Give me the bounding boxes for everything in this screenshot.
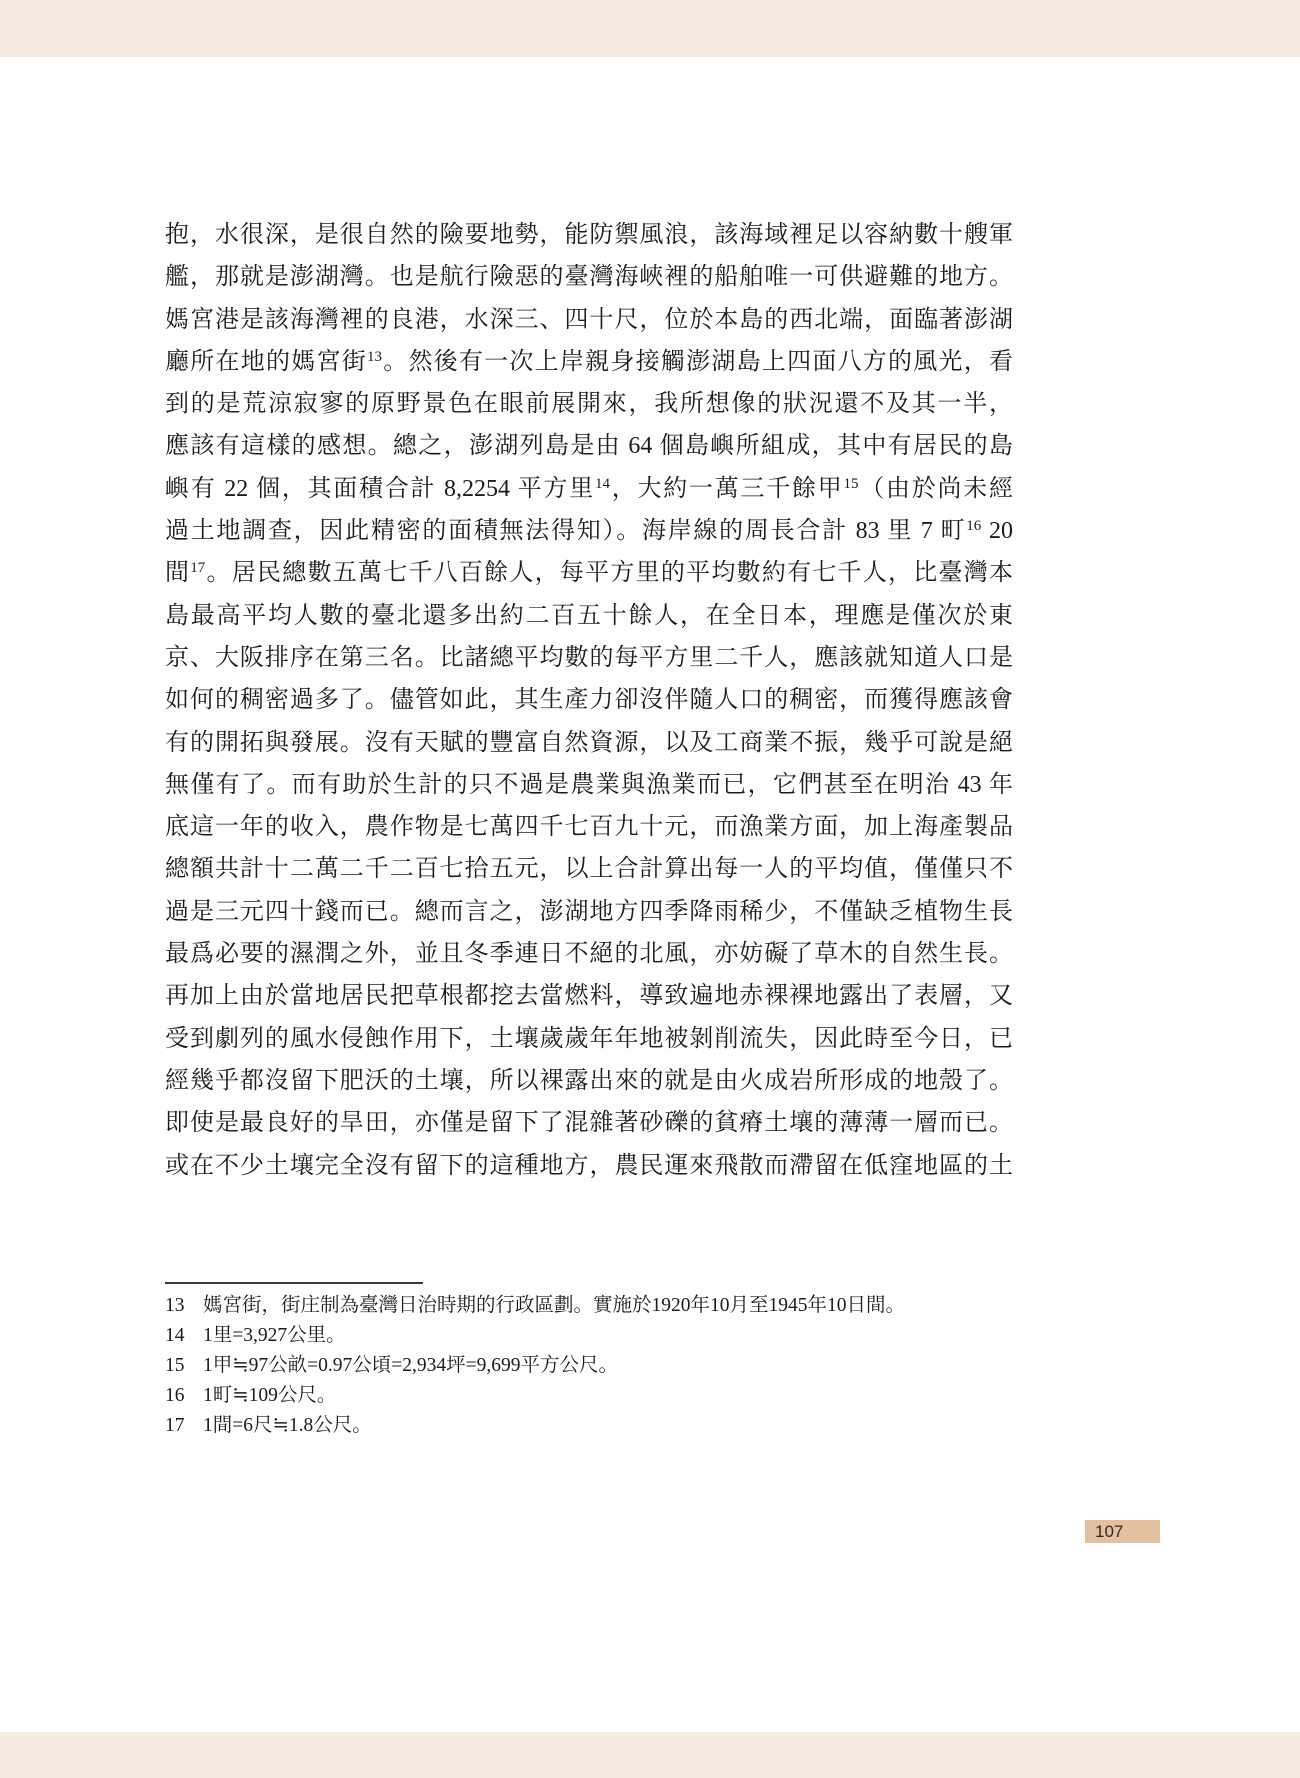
footnote-number: 17 [165,1411,203,1441]
footnote-ref: 16 [966,518,981,534]
body-line: 總額共計十二萬二千二百七拾五元，以上合計算出每一人的平均值，僅僅只不 [165,848,1013,890]
body-line: 到的是荒涼寂寥的原野景色在眼前展開來，我所想像的狀況還不及其一半， [165,383,1013,425]
body-line: 過是三元四十錢而已。總而言之，澎湖地方四季降雨稀少，不僅缺乏植物生長 [165,891,1013,933]
body-line: 經幾乎都沒留下肥沃的土壤，所以裸露出來的就是由火成岩所形成的地殼了。 [165,1060,1013,1102]
footnote-text: 1里=3,927公里。 [203,1321,1025,1351]
footnote-number: 15 [165,1351,203,1381]
footnote-number: 14 [165,1321,203,1351]
footnote-number: 13 [165,1291,203,1321]
footnote-item: 151甲≒97公畝=0.97公頃=2,934坪=9,699平方公尺。 [165,1351,1025,1381]
footnote-item: 171間=6尺≒1.8公尺。 [165,1411,1025,1441]
footnote-separator-rule [165,1282,423,1284]
body-line: 嶼有 22 個，其面積合計 8,2254 平方里14，大約一萬三千餘甲15（由於… [165,468,1013,510]
footnote-item: 141里=3,927公里。 [165,1321,1025,1351]
body-paragraph: 抱，水很深，是很自然的險要地勢，能防禦風浪，該海域裡足以容納數十艘軍艦，那就是澎… [165,214,1013,1187]
footnote-text: 1間=6尺≒1.8公尺。 [203,1411,1025,1441]
footnote-text: 1甲≒97公畝=0.97公頃=2,934坪=9,699平方公尺。 [203,1351,1025,1381]
footnote-ref: 13 [367,349,382,365]
footnote-item: 161町≒109公尺。 [165,1381,1025,1411]
body-line: 或在不少土壤完全沒有留下的這種地方，農民運來飛散而滯留在低窪地區的土 [165,1145,1013,1187]
footnote-ref: 17 [190,560,205,576]
footnotes: 13媽宮街，街庄制為臺灣日治時期的行政區劃。實施於1920年10月至1945年1… [165,1291,1025,1441]
top-margin-band [0,0,1300,57]
body-line: 有的開拓與發展。沒有天賦的豐富自然資源，以及工商業不振，幾乎可說是絕 [165,722,1013,764]
body-line: 應該有這樣的感想。總之，澎湖列島是由 64 個島嶼所組成，其中有居民的島 [165,425,1013,467]
footnote-item: 13媽宮街，街庄制為臺灣日治時期的行政區劃。實施於1920年10月至1945年1… [165,1291,1025,1321]
footnote-ref: 14 [595,476,610,492]
body-line: 廳所在地的媽宮街13。然後有一次上岸親身接觸澎湖島上四面八方的風光，看 [165,341,1013,383]
page-number: 107 [1095,1522,1123,1542]
body-line: 再加上由於當地居民把草根都挖去當燃料，導致遍地赤裸裸地露出了表層，又 [165,975,1013,1017]
body-line: 過土地調查，因此精密的面積無法得知）。海岸線的周長合計 83 里 7 町16 2… [165,510,1013,552]
footnote-text: 1町≒109公尺。 [203,1381,1025,1411]
footnote-number: 16 [165,1381,203,1411]
body-line: 無僅有了。而有助於生計的只不過是農業與漁業而已，它們甚至在明治 43 年 [165,764,1013,806]
footnote-text: 媽宮街，街庄制為臺灣日治時期的行政區劃。實施於1920年10月至1945年10日… [203,1291,1025,1321]
body-line: 最爲必要的濕潤之外，並且冬季連日不絕的北風，亦妨礙了草木的自然生長。 [165,933,1013,975]
bottom-margin-band [0,1732,1300,1778]
footnote-ref: 15 [844,476,859,492]
page-number-badge: 107 [1085,1520,1160,1543]
body-line: 媽宮港是該海灣裡的良港，水深三、四十尺，位於本島的西北端，面臨著澎湖 [165,299,1013,341]
body-line: 島最高平均人數的臺北還多出約二百五十餘人，在全日本，理應是僅次於東 [165,595,1013,637]
body-line: 抱，水很深，是很自然的險要地勢，能防禦風浪，該海域裡足以容納數十艘軍 [165,214,1013,256]
body-line: 京、大阪排序在第三名。比諸總平均數的每平方里二千人，應該就知道人口是 [165,637,1013,679]
body-line: 即使是最良好的旱田，亦僅是留下了混雜著砂礫的貧瘠土壤的薄薄一層而已。 [165,1102,1013,1144]
body-line: 間17。居民總數五萬七千八百餘人，每平方里的平均數約有七千人，比臺灣本 [165,552,1013,594]
body-line: 如何的稠密過多了。儘管如此，其生產力卻沒伴隨人口的稠密，而獲得應該會 [165,679,1013,721]
body-line: 底這一年的收入，農作物是七萬四千七百九十元，而漁業方面，加上海產製品 [165,806,1013,848]
body-line: 受到劇列的風水侵蝕作用下，土壤歲歲年年地被剝削流失，因此時至今日，已 [165,1018,1013,1060]
body-line: 艦，那就是澎湖灣。也是航行險惡的臺灣海峽裡的船舶唯一可供避難的地方。 [165,256,1013,298]
book-page: 抱，水很深，是很自然的險要地勢，能防禦風浪，該海域裡足以容納數十艘軍艦，那就是澎… [0,0,1300,1778]
